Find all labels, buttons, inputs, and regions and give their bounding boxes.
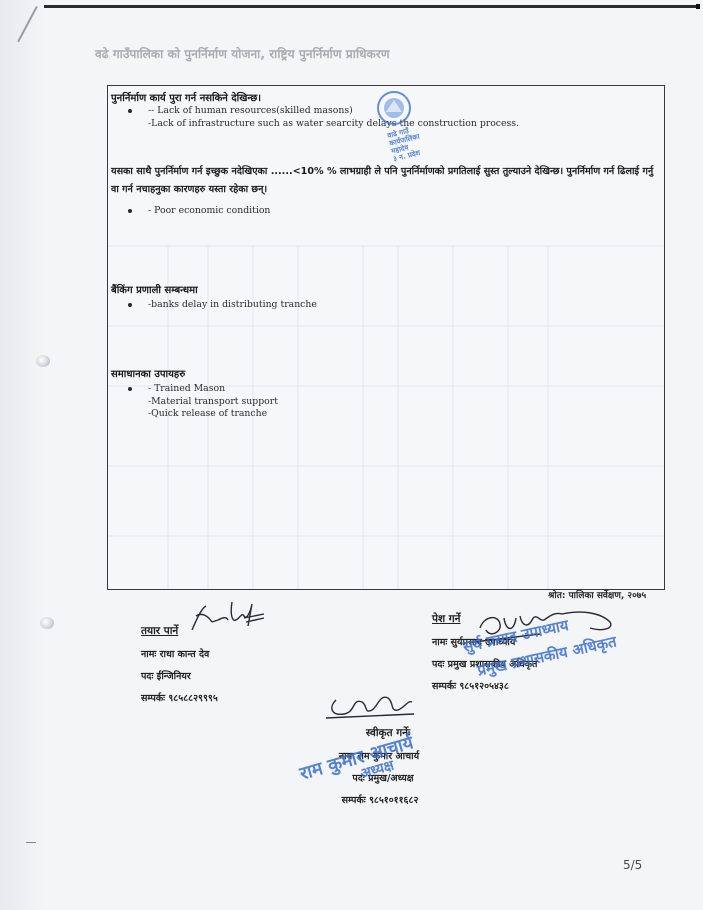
document-header: वढे गाउँपालिका को पुनर्निर्माण योजना, रा… xyxy=(95,45,390,62)
prepared-by-name: नामः राधा कान्त देव xyxy=(141,647,218,660)
binder-hole-icon xyxy=(36,355,50,367)
bullet-icon xyxy=(128,387,132,391)
page-corner-mark xyxy=(696,4,700,9)
bullet-line: -Material transport support xyxy=(148,396,278,409)
bullet-line: -Lack of infrastructure such as water se… xyxy=(148,118,519,131)
bullet-list-unwilling: - Poor economic condition xyxy=(128,205,270,218)
bullet-line: -Quick release of tranche xyxy=(148,408,278,421)
bullet-line: -banks delay in distributing tranche xyxy=(148,299,317,312)
office-stamp: वाढे गाउँ कार्यपालिका महादेव ३ न. प्रदेश xyxy=(372,88,432,166)
scan-left-shadow xyxy=(0,0,45,910)
signature-prepared-icon xyxy=(188,596,268,636)
page-number: 5/5 xyxy=(623,858,642,872)
section-heading-incomplete: पुनर्निर्माण कार्य पुरा गर्न नसकिने देखि… xyxy=(111,90,261,104)
section-heading-unwilling: यसका साथै पुनर्निर्माण गर्न इच्छुक नदेखि… xyxy=(111,163,661,199)
submitted-by-title: पेश गर्ने xyxy=(432,612,461,626)
prepared-by-title: तयार पार्ने xyxy=(141,624,178,638)
section-heading-solutions: समाधानका उपायहरु xyxy=(111,366,185,380)
left-margin-mark xyxy=(26,842,36,843)
signature-approved-icon xyxy=(322,680,422,720)
prepared-by-contact: सम्पर्कः ९८५८८२९९९५ xyxy=(141,691,218,704)
section-heading-banking: बैंकिंग प्रणाली सम्बन्धमा xyxy=(111,282,198,296)
prepared-by-post: पदः ईन्जिनियर xyxy=(141,669,218,682)
bullet-line: -- Lack of human resources(skilled mason… xyxy=(148,105,519,118)
bullet-line: - Poor economic condition xyxy=(148,205,270,218)
bullet-icon xyxy=(128,303,132,307)
prepared-by-block: तयार पार्ने नामः राधा कान्त देव पदः ईन्ज… xyxy=(141,624,218,704)
approved-by-contact: सम्पर्कः ९८५१०११६८२ xyxy=(322,793,438,806)
binder-hole-icon xyxy=(40,617,54,629)
bullet-list-incomplete: -- Lack of human resources(skilled mason… xyxy=(128,105,519,130)
bullet-icon xyxy=(128,209,132,213)
bullet-list-solutions: - Trained Mason -Material transport supp… xyxy=(128,383,278,421)
submitted-by-contact: सम्पर्कः ९८५१२०५४३८ xyxy=(432,679,537,692)
bullet-list-banking: -banks delay in distributing tranche xyxy=(128,299,317,312)
bullet-line: - Trained Mason xyxy=(148,383,278,396)
bullet-icon xyxy=(128,109,132,113)
page-top-edge xyxy=(44,5,699,8)
